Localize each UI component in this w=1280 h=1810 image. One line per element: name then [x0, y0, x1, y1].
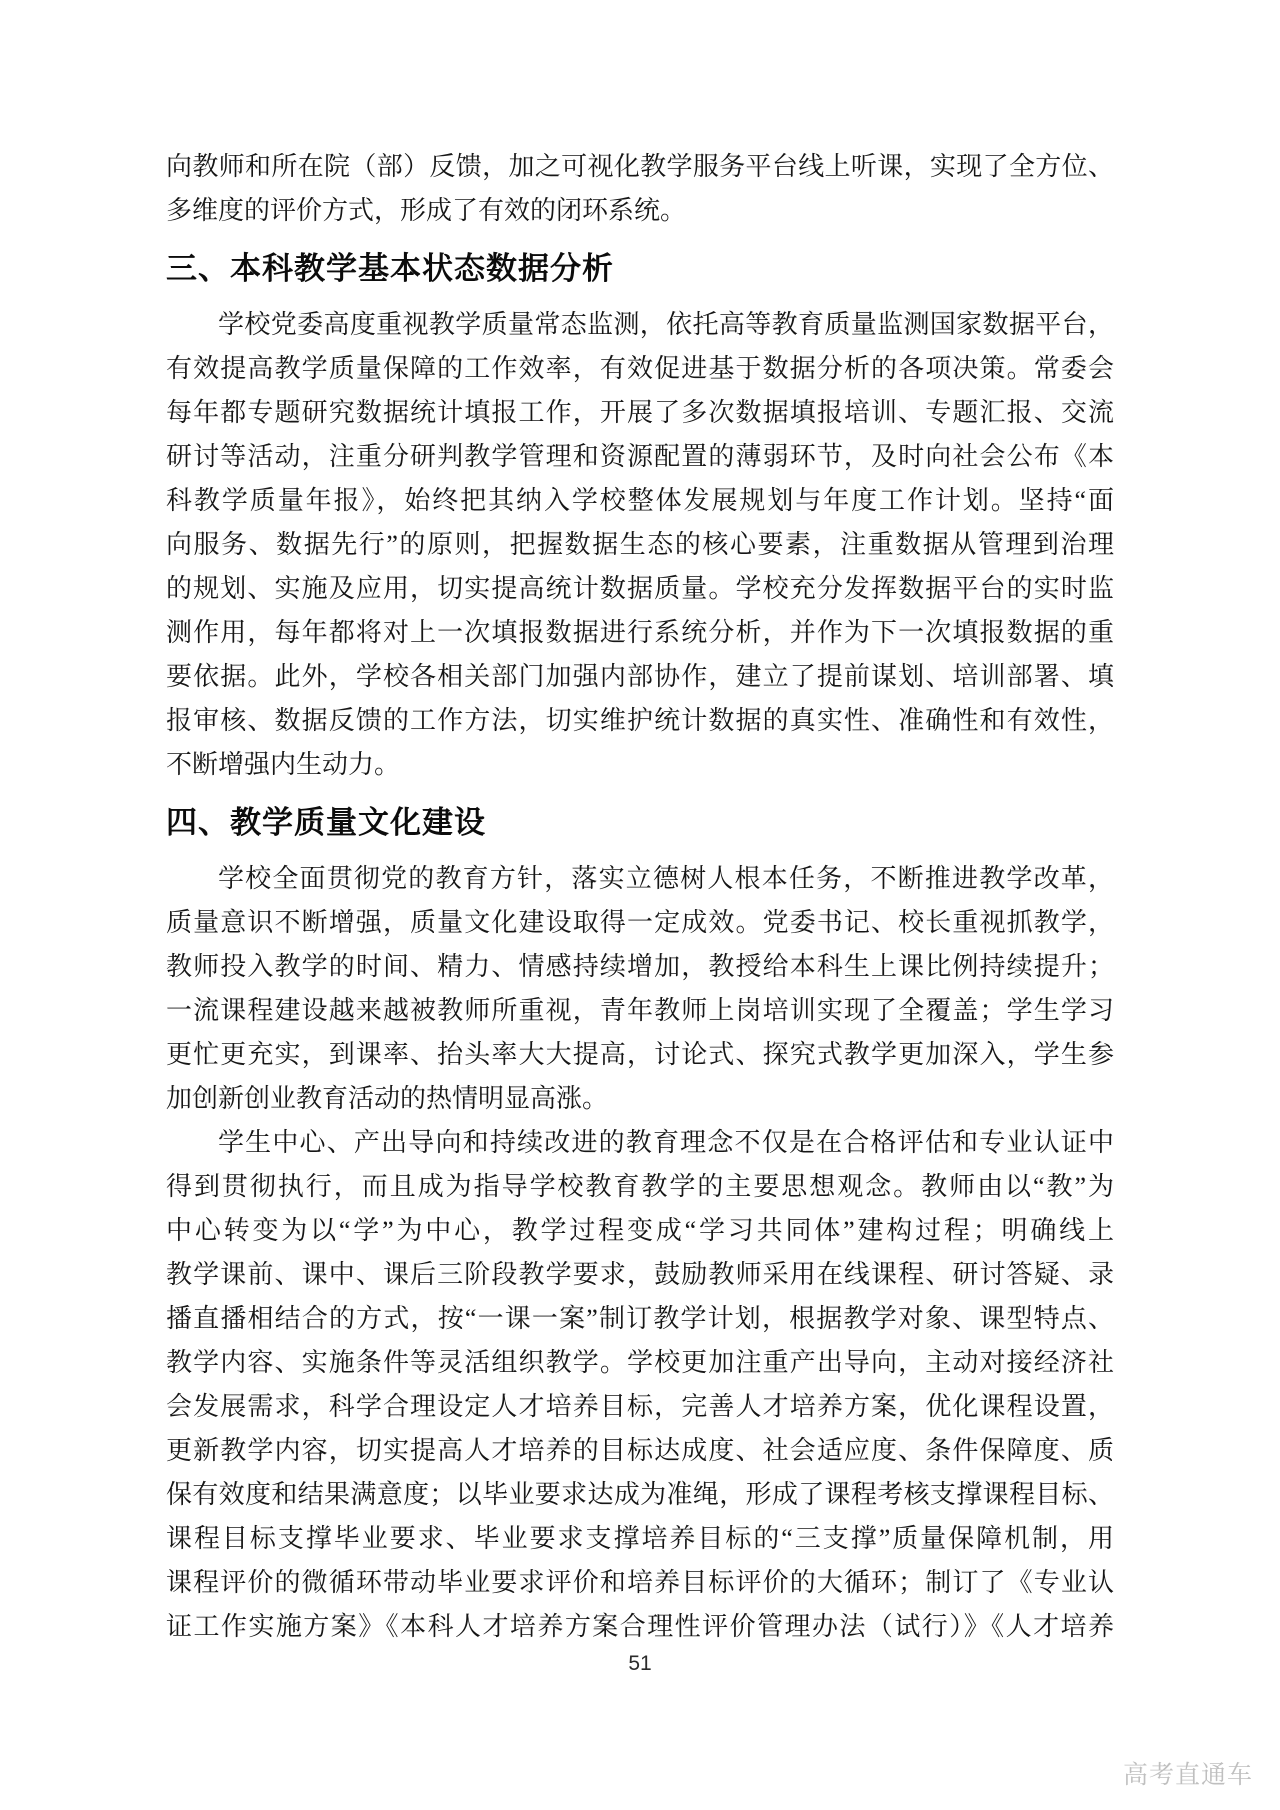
- paragraph: 学生中心、产出导向和持续改进的教育理念不仅是在合格评估和专业认证中得到贯彻执行，…: [166, 1121, 1114, 1649]
- text-line: 更新教学内容，切实提高人才培养的目标达成度、社会适应度、条件保障度、质: [166, 1429, 1114, 1473]
- text-line: 一流课程建设越来越被教师所重视，青年教师上岗培训实现了全覆盖；学生学习: [166, 989, 1114, 1033]
- text-line: 证工作实施方案》《本科人才培养方案合理性评价管理办法（试行）》《人才培养: [166, 1605, 1114, 1649]
- text-line: 多维度的评价方式，形成了有效的闭环系统。: [166, 189, 1114, 233]
- text-line: 课程目标支撑毕业要求、毕业要求支撑培养目标的“三支撑”质量保障机制，用: [166, 1517, 1114, 1561]
- text-line: 教师投入教学的时间、精力、情感持续增加，教授给本科生上课比例持续提升；: [166, 945, 1114, 989]
- section-heading: 四、教学质量文化建设: [166, 803, 1114, 843]
- text-line: 不断增强内生动力。: [166, 743, 1114, 787]
- text-line: 要依据。此外，学校各相关部门加强内部协作，建立了提前谋划、培训部署、填: [166, 655, 1114, 699]
- text-line: 学生中心、产出导向和持续改进的教育理念不仅是在合格评估和专业认证中: [166, 1121, 1114, 1165]
- text-line: 有效提高教学质量保障的工作效率，有效促进基于数据分析的各项决策。常委会: [166, 347, 1114, 391]
- text-line: 学校党委高度重视教学质量常态监测，依托高等教育质量监测国家数据平台，: [166, 303, 1114, 347]
- text-line: 保有效度和结果满意度；以毕业要求达成为准绳，形成了课程考核支撑课程目标、: [166, 1473, 1114, 1517]
- text-line: 研讨等活动，注重分研判教学管理和资源配置的薄弱环节，及时向社会公布《本: [166, 435, 1114, 479]
- text-line: 会发展需求，科学合理设定人才培养目标，完善人才培养方案，优化课程设置，: [166, 1385, 1114, 1429]
- text-line: 加创新创业教育活动的热情明显高涨。: [166, 1077, 1114, 1121]
- watermark: 高考直通车: [1123, 1755, 1253, 1791]
- text-line: 向服务、数据先行”的原则，把握数据生态的核心要素，注重数据从管理到治理: [166, 523, 1114, 567]
- text-line: 报审核、数据反馈的工作方法，切实维护统计数据的真实性、准确性和有效性，: [166, 699, 1114, 743]
- text-line: 的规划、实施及应用，切实提高统计数据质量。学校充分发挥数据平台的实时监: [166, 567, 1114, 611]
- document-body: 向教师和所在院（部）反馈，加之可视化教学服务平台线上听课，实现了全方位、多维度的…: [166, 145, 1114, 1649]
- document-page: 向教师和所在院（部）反馈，加之可视化教学服务平台线上听课，实现了全方位、多维度的…: [0, 0, 1280, 1810]
- text-line: 向教师和所在院（部）反馈，加之可视化教学服务平台线上听课，实现了全方位、: [166, 145, 1114, 189]
- text-line: 教学课前、课中、课后三阶段教学要求，鼓励教师采用在线课程、研讨答疑、录: [166, 1253, 1114, 1297]
- section-heading: 三、本科教学基本状态数据分析: [166, 249, 1114, 289]
- text-line: 更忙更充实，到课率、抬头率大大提高，讨论式、探究式教学更加深入，学生参: [166, 1033, 1114, 1077]
- text-line: 学校全面贯彻党的教育方针，落实立德树人根本任务，不断推进教学改革，: [166, 857, 1114, 901]
- text-line: 中心转变为以“学”为中心，教学过程变成“学习共同体”建构过程；明确线上: [166, 1209, 1114, 1253]
- text-line: 得到贯彻执行，而且成为指导学校教育教学的主要思想观念。教师由以“教”为: [166, 1165, 1114, 1209]
- text-line: 每年都专题研究数据统计填报工作，开展了多次数据填报培训、专题汇报、交流: [166, 391, 1114, 435]
- paragraph: 学校党委高度重视教学质量常态监测，依托高等教育质量监测国家数据平台，有效提高教学…: [166, 303, 1114, 787]
- text-line: 科教学质量年报》，始终把其纳入学校整体发展规划与年度工作计划。坚持“面: [166, 479, 1114, 523]
- paragraph: 学校全面贯彻党的教育方针，落实立德树人根本任务，不断推进教学改革，质量意识不断增…: [166, 857, 1114, 1121]
- text-line: 教学内容、实施条件等灵活组织教学。学校更加注重产出导向，主动对接经济社: [166, 1341, 1114, 1385]
- text-line: 质量意识不断增强，质量文化建设取得一定成效。党委书记、校长重视抓教学，: [166, 901, 1114, 945]
- text-line: 课程评价的微循环带动毕业要求评价和培养目标评价的大循环；制订了《专业认: [166, 1561, 1114, 1605]
- text-line: 播直播相结合的方式，按“一课一案”制订教学计划，根据教学对象、课型特点、: [166, 1297, 1114, 1341]
- page-number: 51: [0, 1652, 1280, 1676]
- text-line: 测作用，每年都将对上一次填报数据进行系统分析，并作为下一次填报数据的重: [166, 611, 1114, 655]
- paragraph: 向教师和所在院（部）反馈，加之可视化教学服务平台线上听课，实现了全方位、多维度的…: [166, 145, 1114, 233]
